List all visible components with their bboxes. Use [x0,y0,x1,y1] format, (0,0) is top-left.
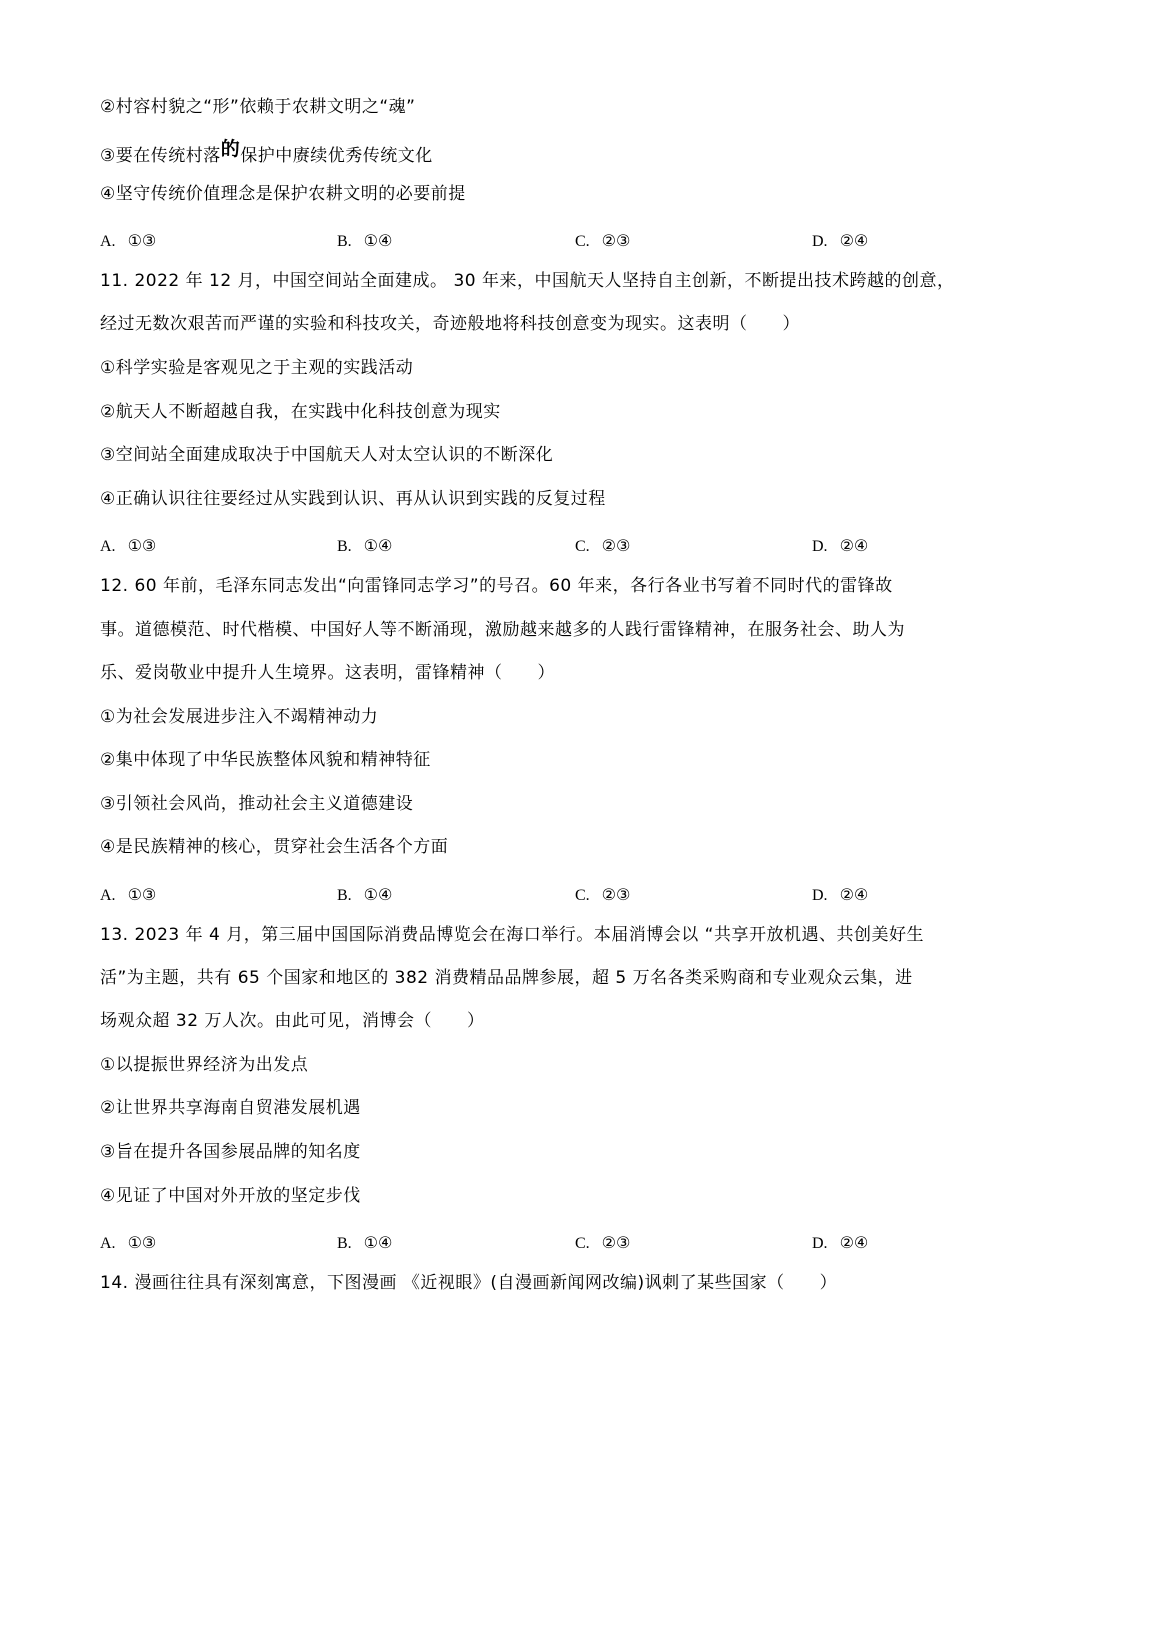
q11-option-b[interactable]: B.①④ [337,535,392,558]
q10-option-c[interactable]: C.②③ [575,230,630,253]
option-value: ①④ [364,231,393,250]
q14-stem-line-1: 14. 漫画往往具有深刻寓意，下图漫画 《近视眼》(自漫画新闻网改编)讽刺了某些… [100,1272,837,1294]
q10-option-b[interactable]: B.①④ [337,230,392,253]
q10-statement-4: ④坚守传统价值理念是保护农耕文明的必要前提 [100,183,466,205]
q13-option-d[interactable]: D.②④ [812,1232,868,1255]
q11-option-d[interactable]: D.②④ [812,535,868,558]
option-value: ②③ [602,536,631,555]
q13-statement-1: ①以提振世界经济为出发点 [100,1054,308,1076]
q13-statement-2: ②让世界共享海南自贸港发展机遇 [100,1097,361,1119]
q10-statement-2: ②村容村貌之“形”依赖于农耕文明之“魂” [100,96,415,118]
option-letter: C. [575,231,590,253]
q12-statement-4: ④是民族精神的核心，贯穿社会生活各个方面 [100,836,448,858]
option-value: ①③ [128,1233,157,1252]
q13-option-a[interactable]: A.①③ [100,1232,156,1255]
q11-option-a[interactable]: A.①③ [100,535,156,558]
q13-statement-4: ④见证了中国对外开放的坚定步伐 [100,1185,361,1207]
option-letter: B. [337,231,352,253]
option-letter: A. [100,536,116,558]
option-letter: B. [337,536,352,558]
option-value: ①④ [364,1233,393,1252]
q12-statement-2: ②集中体现了中华民族整体风貌和精神特征 [100,749,431,771]
option-value: ①④ [364,536,393,555]
q13-stem-line-1: 13. 2023 年 4 月，第三届中国国际消费品博览会在海口举行。本届消博会以… [100,924,924,946]
exam-page: ②村容村貌之“形”依赖于农耕文明之“魂” ③要在传统村落的保护中赓续优秀传统文化… [0,0,1158,1638]
q13-options: A.①③ B.①④ C.②③ D.②④ [100,1232,1100,1254]
option-letter: A. [100,1233,116,1255]
option-value: ①④ [364,885,393,904]
option-letter: D. [812,231,828,253]
option-letter: B. [337,885,352,907]
q12-option-c[interactable]: C.②③ [575,884,630,907]
q10-statement-3-bold-char: 的 [221,138,241,160]
option-value: ①③ [128,231,157,250]
option-letter: A. [100,231,116,253]
option-value: ①③ [128,885,157,904]
q13-stem-line-3: 场观众超 32 万人次。由此可见，消博会（ ） [100,1010,484,1032]
option-value: ②④ [840,536,869,555]
option-value: ②③ [602,885,631,904]
q10-options: A.①③ B.①④ C.②③ D.②④ [100,230,1100,252]
option-letter: D. [812,885,828,907]
q11-statement-4: ④正确认识往往要经过从实践到认识、再从认识到实践的反复过程 [100,488,606,510]
q11-statement-3: ③空间站全面建成取决于中国航天人对太空认识的不断深化 [100,444,553,466]
option-letter: B. [337,1233,352,1255]
option-value: ①③ [128,536,157,555]
q13-statement-3: ③旨在提升各国参展品牌的知名度 [100,1141,361,1163]
q10-option-a[interactable]: A.①③ [100,230,156,253]
q13-option-c[interactable]: C.②③ [575,1232,630,1255]
q11-stem-line-1: 11. 2022 年 12 月，中国空间站全面建成。 30 年来，中国航天人坚持… [100,270,954,292]
q12-statement-1: ①为社会发展进步注入不竭精神动力 [100,706,378,728]
q12-option-d[interactable]: D.②④ [812,884,868,907]
q12-option-a[interactable]: A.①③ [100,884,156,907]
q11-statement-1: ①科学实验是客观见之于主观的实践活动 [100,357,413,379]
option-letter: C. [575,536,590,558]
q12-stem-line-2: 事。道德模范、时代楷模、中国好人等不断涌现，激励越来越多的人践行雷锋精神，在服务… [100,619,905,641]
q11-option-c[interactable]: C.②③ [575,535,630,558]
q12-option-b[interactable]: B.①④ [337,884,392,907]
option-value: ②④ [840,1233,869,1252]
q12-stem-line-1: 12. 60 年前，毛泽东同志发出“向雷锋同志学习”的号召。60 年来，各行各业… [100,575,893,597]
option-letter: C. [575,1233,590,1255]
option-letter: D. [812,536,828,558]
q12-statement-3: ③引领社会风尚，推动社会主义道德建设 [100,793,413,815]
option-value: ②③ [602,1233,631,1252]
q13-stem-line-2: 活”为主题，共有 65 个国家和地区的 382 消费精品品牌参展，超 5 万名各… [100,967,913,989]
option-value: ②③ [602,231,631,250]
q13-option-b[interactable]: B.①④ [337,1232,392,1255]
q11-statement-2: ②航天人不断超越自我，在实践中化科技创意为现实 [100,401,501,423]
option-letter: C. [575,885,590,907]
q10-statement-3-part2: 保护中赓续优秀传统文化 [240,146,433,166]
q12-options: A.①③ B.①④ C.②③ D.②④ [100,884,1100,906]
option-letter: A. [100,885,116,907]
q10-statement-3: ③要在传统村落的保护中赓续优秀传统文化 [100,144,433,167]
q12-stem-line-3: 乐、爱岗敬业中提升人生境界。这表明，雷锋精神（ ） [100,662,555,684]
q11-stem-line-2: 经过无数次艰苦而严谨的实验和科技攻关，奇迹般地将科技创意变为现实。这表明（ ） [100,313,800,335]
q10-statement-3-part1: ③要在传统村落 [100,146,221,166]
option-value: ②④ [840,231,869,250]
q10-option-d[interactable]: D.②④ [812,230,868,253]
option-letter: D. [812,1233,828,1255]
option-value: ②④ [840,885,869,904]
q11-options: A.①③ B.①④ C.②③ D.②④ [100,535,1100,557]
